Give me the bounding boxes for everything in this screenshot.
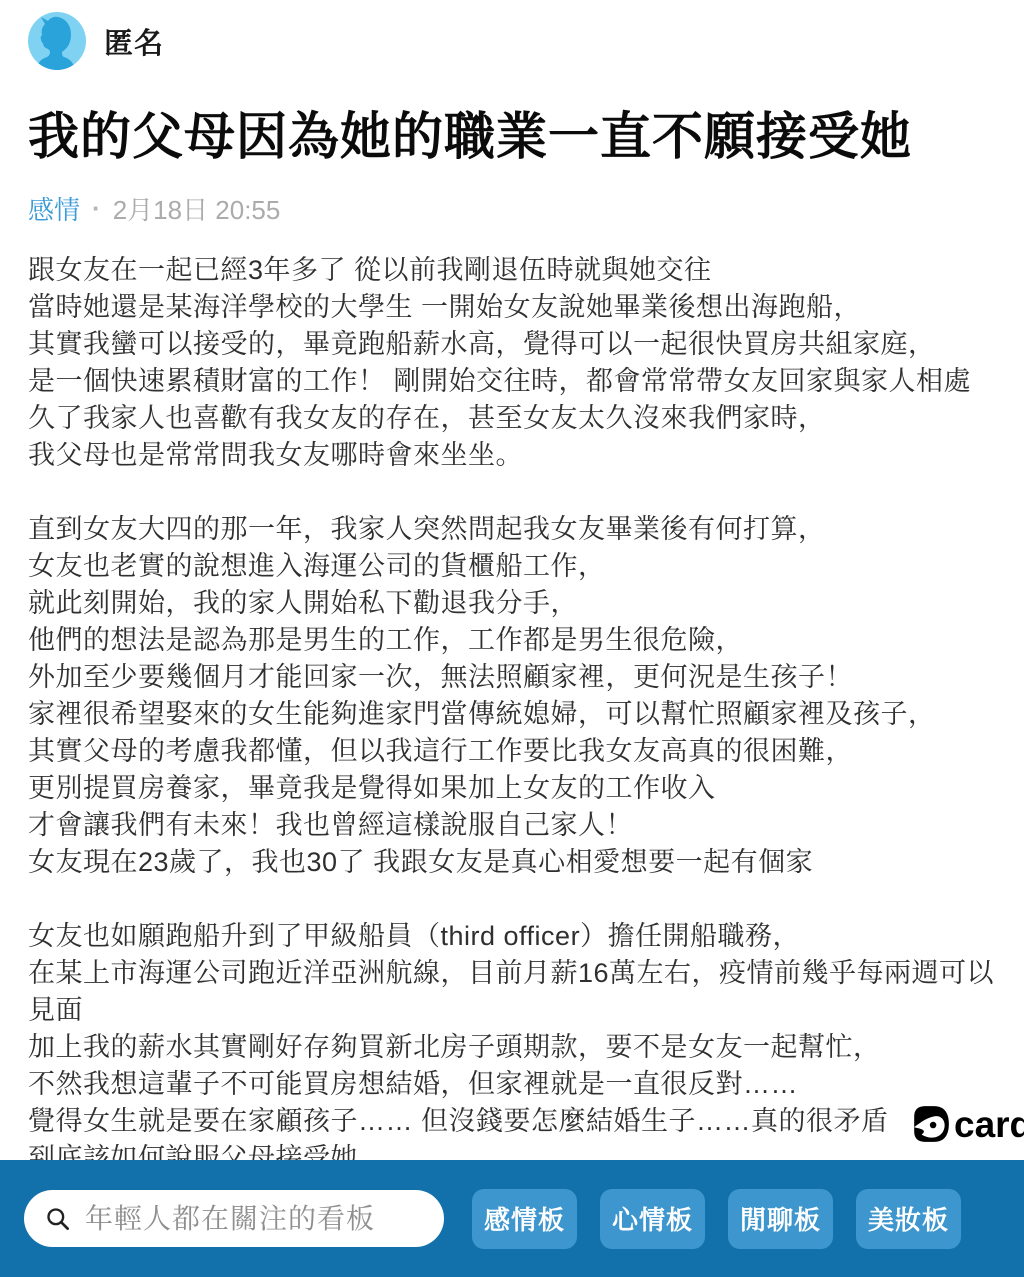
board-button-mood[interactable]: 心情板 — [600, 1189, 705, 1249]
post-meta: 感情 · 2月18日 20:55 — [28, 190, 996, 227]
category-link[interactable]: 感情 — [28, 190, 80, 227]
anonymous-avatar — [28, 12, 86, 70]
author-name: 匿名 — [104, 21, 164, 62]
board-button-relationship[interactable]: 感情板 — [472, 1189, 577, 1249]
paragraph-1: 跟女友在一起已經3年多了 從以前我剛退伍時就與她交往 當時她還是某海洋學校的大學… — [28, 252, 996, 474]
meta-separator: · — [92, 193, 101, 224]
person-silhouette-icon — [28, 12, 86, 70]
search-icon — [44, 1205, 71, 1232]
board-button-chat[interactable]: 閒聊板 — [728, 1189, 833, 1249]
post-body: 跟女友在一起已經3年多了 從以前我剛退伍時就與她交往 當時她還是某海洋學校的大學… — [28, 252, 996, 1177]
post-title: 我的父母因為她的職業一直不願接受她 — [28, 100, 996, 174]
post-timestamp: 2月18日 20:55 — [113, 190, 281, 227]
post-header: 匿名 — [0, 0, 1024, 70]
paragraph-2: 直到女友大四的那一年，我家人突然問起我女友畢業後有何打算， 女友也老實的說想進入… — [28, 511, 996, 881]
dcard-face-icon — [910, 1103, 952, 1145]
search-input[interactable] — [85, 1203, 446, 1235]
bottom-bar: 感情板 心情板 閒聊板 美妝板 — [0, 1160, 1024, 1277]
dcard-logo: card — [910, 1103, 1024, 1145]
search-pill[interactable] — [24, 1190, 444, 1247]
board-button-makeup[interactable]: 美妝板 — [856, 1189, 961, 1249]
paragraph-3: 女友也如願跑船升到了甲級船員（third officer）擔任開船職務， 在某上… — [28, 918, 996, 1177]
board-buttons: 感情板 心情板 閒聊板 美妝板 — [472, 1189, 961, 1249]
dcard-wordmark: card — [954, 1105, 1024, 1145]
